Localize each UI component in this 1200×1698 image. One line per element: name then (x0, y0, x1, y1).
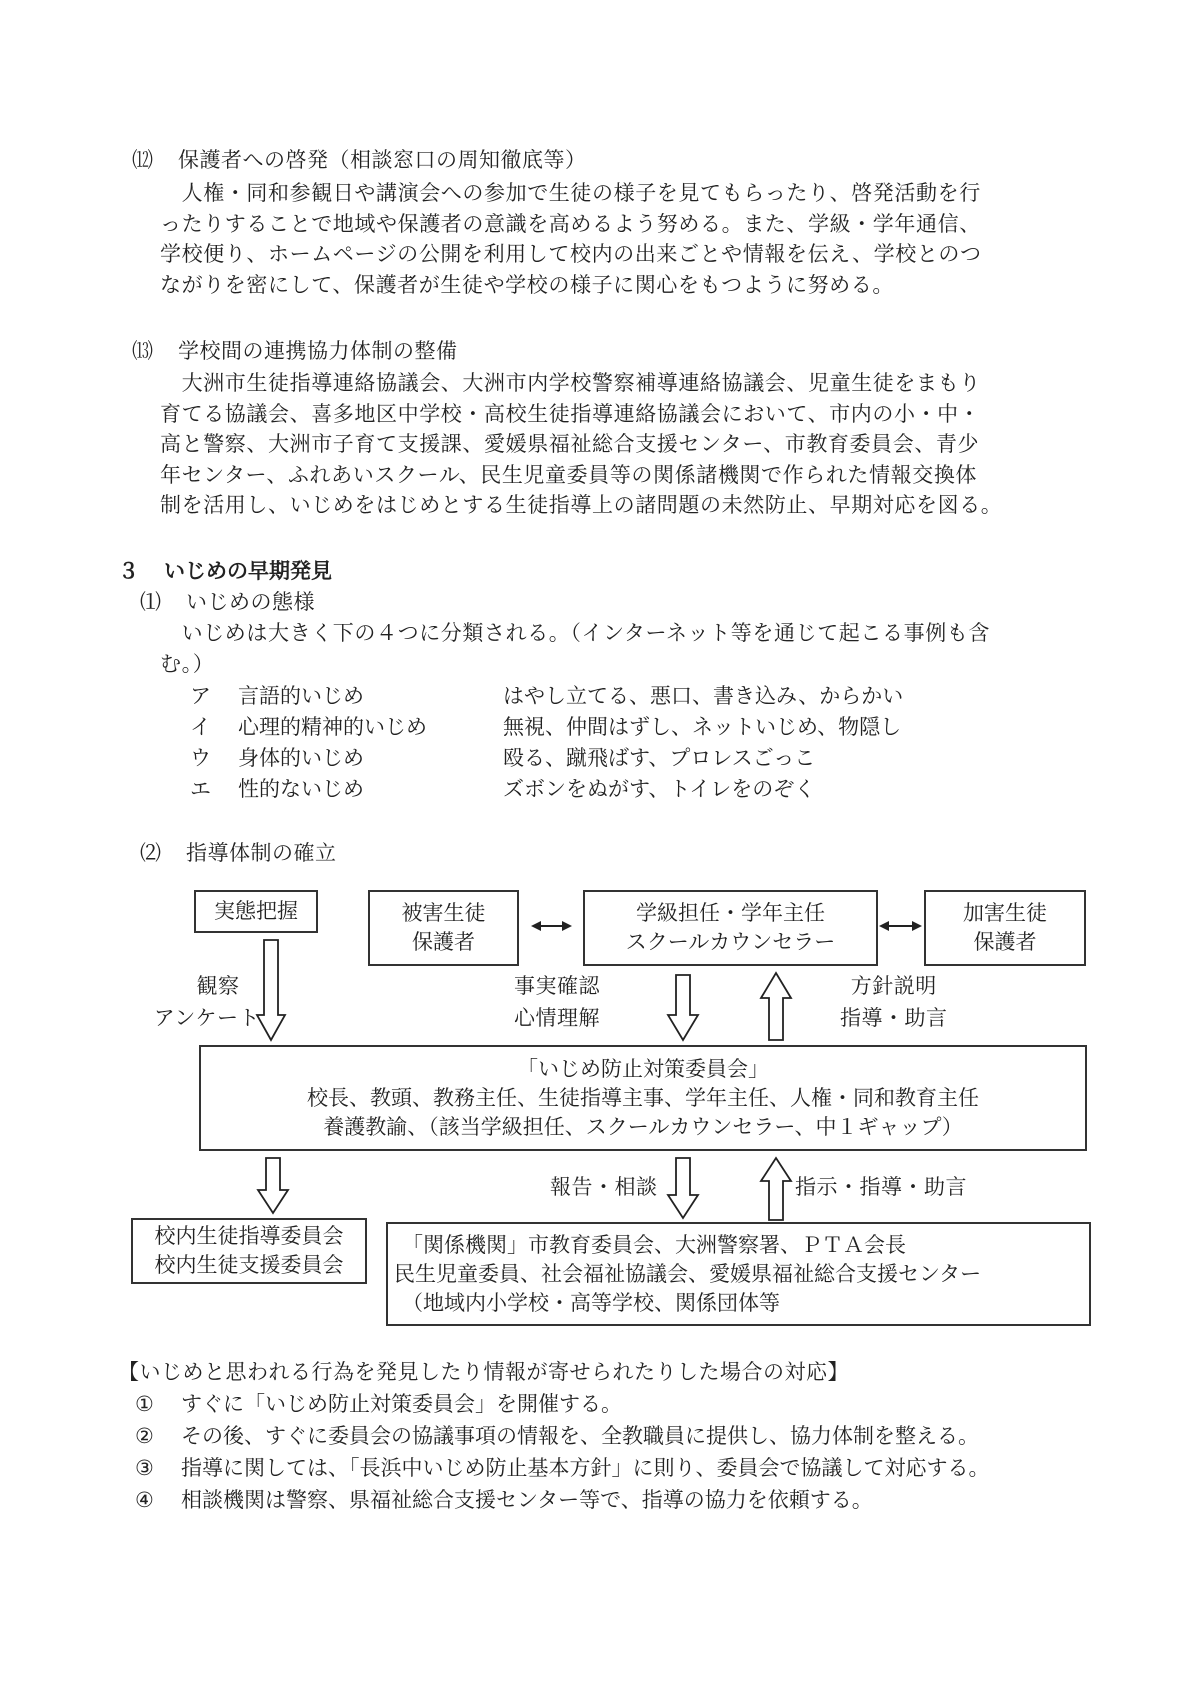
response-item-text: すぐに「いじめ防止対策委員会」を開催する。 (181, 1392, 622, 1416)
hollow-up-arrow-icon (761, 1158, 791, 1220)
response-heading: 【いじめと思われる行為を発見したり情報が寄せられたりした場合の対応】 (118, 1357, 849, 1387)
hollow-up-arrow-icon (761, 973, 791, 1040)
hollow-down-arrow-icon (257, 940, 285, 1040)
response-item: ③指導に関しては、「長浜中いじめ防止基本方針」に則り、委員会で協議して対応する。 (135, 1453, 990, 1483)
response-item-mark: ① (135, 1389, 181, 1419)
response-item: ①すぐに「いじめ防止対策委員会」を開催する。 (135, 1389, 622, 1419)
hollow-down-arrow-icon (668, 975, 698, 1040)
hollow-down-arrow-icon (258, 1158, 288, 1213)
response-item-mark: ③ (135, 1453, 181, 1483)
response-item-text: 相談機関は警察、県福祉総合支援センター等で、指導の協力を依頼する。 (181, 1488, 873, 1512)
hollow-down-arrow-icon (668, 1158, 698, 1218)
response-item-mark: ④ (135, 1485, 181, 1515)
response-item-text: 指導に関しては、「長浜中いじめ防止基本方針」に則り、委員会で協議して対応する。 (181, 1456, 990, 1480)
response-item-mark: ② (135, 1421, 181, 1451)
response-item: ④相談機関は警察、県福祉総合支援センター等で、指導の協力を依頼する。 (135, 1485, 873, 1515)
response-item: ②その後、すぐに委員会の協議事項の情報を、全教職員に提供し、協力体制を整える。 (135, 1421, 979, 1451)
response-item-text: その後、すぐに委員会の協議事項の情報を、全教職員に提供し、協力体制を整える。 (181, 1424, 979, 1448)
